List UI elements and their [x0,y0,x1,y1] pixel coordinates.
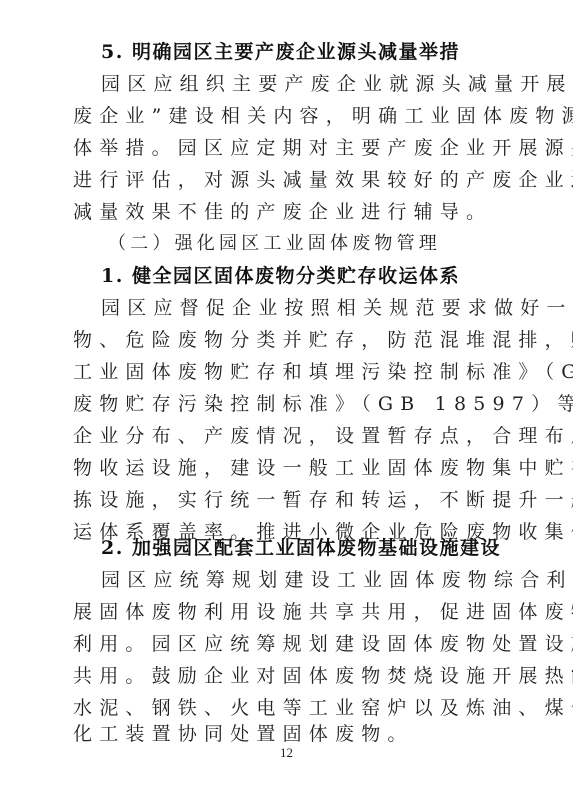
paragraph-line: 废企业”建设相关内容，明确工业固体废物源头减量提质的具 [73,100,513,132]
paragraph-line: 企业分布、产废情况，设置暂存点，合理布局一般工业固体废 [73,420,513,452]
paragraph-line: 物、危险废物分类并贮存，防范混堆混排，贮存设施满《一般 [73,324,513,356]
paragraph-line: 废物贮存污染控制标准》（GB 18597）等建设要求。结合园区 [73,388,513,420]
paragraph-line: 园区应督促企业按照相关规范要求做好一般工业固体废 [101,292,541,324]
page-number: 12 [0,745,573,761]
paragraph-line: 减量效果不佳的产废企业进行辅导。 [73,196,513,228]
paragraph-line: 进行评估，对源头减量效果较好的产废企业进行表彰，对源头 [73,164,513,196]
paragraph-line: 体举措。园区应定期对主要产废企业开展源头减量工作的成效 [73,132,513,164]
document-page: 5. 明确园区主要产废企业源头减量举措 园区应组织主要产废企业就源头减量开展研究… [0,0,573,789]
paragraph-line: 园区应组织主要产废企业就源头减量开展研究，参照“无 [101,68,541,100]
section-heading-5: 5. 明确园区主要产废企业源头减量举措 [101,36,541,68]
paragraph-line: 展固体废物利用设施共享共用，促进固体废物园区内就地就近 [73,596,513,628]
paragraph-line: 园区应统筹规划建设工业固体废物综合利用设施，鼓励开 [101,564,541,596]
paragraph-line: 物收运设施，建设一般工业固体废物集中贮存、统一收运和分 [73,452,513,484]
paragraph-line: 拣设施，实行统一暂存和转运，不断提升一般工业固体废物收 [73,484,513,516]
item-heading-1: 1. 健全园区固体废物分类贮存收运体系 [101,260,541,292]
paragraph-line: 共用。鼓励企业对固体废物焚烧设施开展热能回收利用。鼓励 [73,660,513,692]
part-heading-2: （二）强化园区工业固体废物管理 [108,228,548,260]
paragraph-line: 利用。园区应统筹规划建设固体废物处置设施，推进设施共享 [73,628,513,660]
paragraph-line: 工业固体废物贮存和填埋污染控制标准》（GB 18599）《危险 [73,356,513,388]
item-heading-2: 2. 加强园区配套工业固体废物基础设施建设 [101,532,541,564]
